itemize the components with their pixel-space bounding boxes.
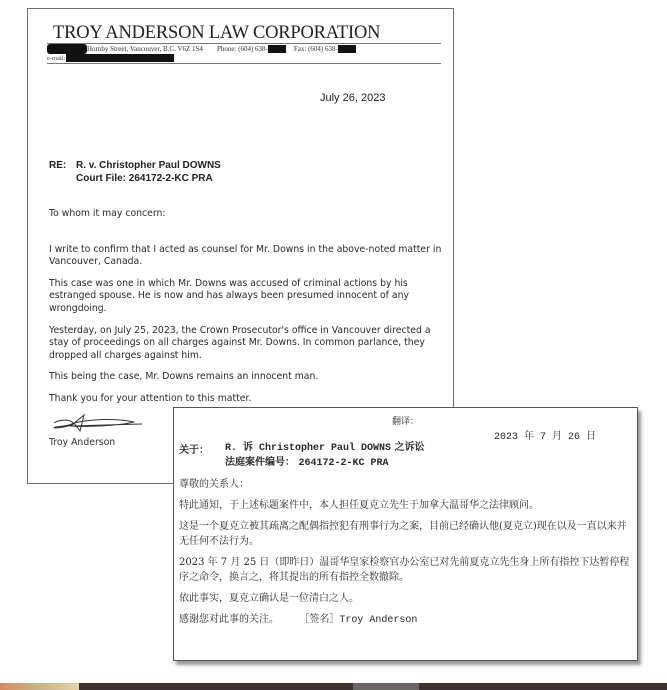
letter-body: To whom it may concern: I write to confi… [49, 208, 449, 406]
translation-date: 2023 年 7 月 26 日 [494, 427, 596, 443]
phone-label: Phone: (604) 638- [217, 45, 268, 53]
translation-heading: 翻译： [174, 414, 637, 427]
redaction-email [66, 54, 174, 62]
paragraph: Thank you for your attention to this mat… [49, 393, 449, 406]
re-case-name: R. v. Christopher Paul DOWNS [76, 159, 221, 172]
redaction-street-number [47, 44, 87, 54]
re-defendant-name: Christopher Paul DOWNS [259, 443, 391, 454]
redaction-phone [268, 45, 286, 53]
salutation: To whom it may concern: [49, 208, 449, 221]
translation-closing: 感谢您对此事的关注。 [179, 614, 279, 625]
redaction-fax [338, 45, 356, 53]
re-label: RE: [49, 159, 66, 172]
fax-label: Fax: (604) 638- [294, 45, 338, 53]
firm-name: TROY ANDERSON LAW CORPORATION [53, 23, 380, 44]
bottom-strip-thumbnail [0, 683, 79, 690]
paragraph: This being the case, Mr. Downs remains a… [49, 371, 449, 384]
translation-paragraph: 2023 年 7 月 25 日（即昨日）温哥华皇家检察官办公室已对先前夏克立先生… [179, 555, 634, 585]
signatory-name: Troy Anderson [49, 437, 115, 448]
translation-paragraph: 特此通知，于上述标题案件中，本人担任夏克立先生于加拿大温哥华之法律顾问。 [179, 498, 634, 513]
translation-paragraph: 依此事实，夏克立确认是一位清白之人。 [179, 591, 634, 606]
email-label: e-mail: [47, 55, 65, 62]
court-file-number: 264172-2-KC PRA [298, 458, 388, 469]
address-text: Hornby Street, Vancouver, B.C. V6Z 1S4 [87, 45, 203, 53]
letterhead-email-line: e-mail: [47, 54, 174, 62]
translation-body: 尊敬的关系人： 特此通知，于上述标题案件中，本人担任夏克立先生于加拿大温哥华之法… [179, 477, 634, 634]
court-file-label: 法庭案件编号： [225, 457, 295, 468]
paragraph: This case was one in which Mr. Downs was… [49, 278, 449, 316]
translation-closing-line: 感谢您对此事的关注。 ［签名］Troy Anderson [179, 612, 634, 628]
paragraph: Yesterday, on July 25, 2023, the Crown P… [49, 325, 449, 363]
translation-re-block: R. 诉 Christopher Paul DOWNS 之诉讼 法庭案件编号： … [225, 441, 425, 471]
translation-signature: ［签名］Troy Anderson [299, 615, 417, 626]
re-suffix: 之诉讼 [391, 442, 424, 453]
bottom-strip-segment [353, 683, 419, 690]
re-court-file: Court File: 264172-2-KC PRA [76, 172, 221, 185]
letterhead-address-line: Hornby Street, Vancouver, B.C. V6Z 1S4 P… [47, 44, 356, 54]
letterhead-rule-bottom [47, 63, 441, 64]
bottom-strip [0, 683, 667, 690]
signature-graphic [46, 411, 146, 437]
paragraph: I write to confirm that I acted as couns… [49, 244, 449, 269]
letter-date: July 26, 2023 [320, 92, 385, 104]
translation-paragraph: 这是一个夏克立被其疏离之配偶指控犯有刑事行为之案，目前已经确认他(夏克立)现在以… [179, 519, 634, 549]
translation-salutation: 尊敬的关系人： [179, 477, 634, 492]
re-prefix: R. 诉 [225, 443, 259, 454]
chinese-translation-box: 翻译： 2023 年 7 月 26 日 关于： R. 诉 Christopher… [173, 407, 638, 661]
translation-re-label: 关于： [179, 441, 209, 456]
